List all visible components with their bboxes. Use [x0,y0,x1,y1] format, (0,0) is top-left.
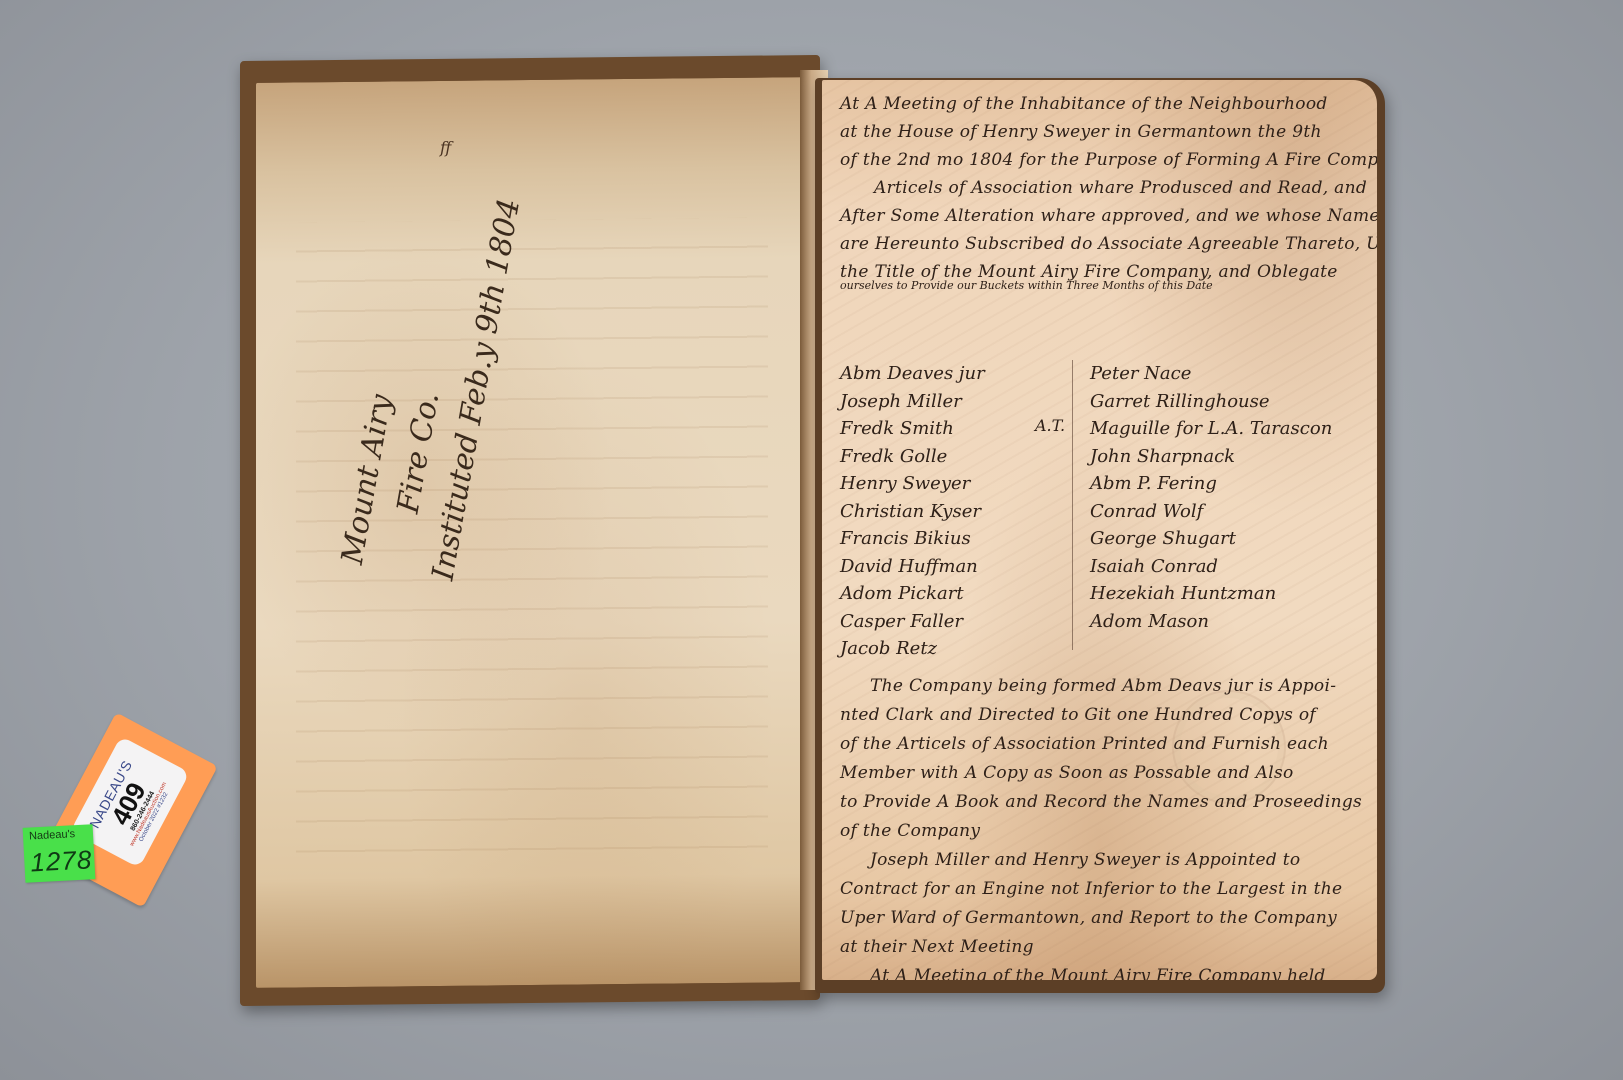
manuscript-line: of the 2nd mo 1804 for the Purpose of Fo… [840,146,1369,174]
signatory-name: Christian Kyser [840,498,985,526]
signatory-name: John Sharpnack [1090,443,1332,471]
signatory-name: Adom Pickart [840,580,985,608]
manuscript-line: to Provide A Book and Record the Names a… [840,788,1377,817]
manuscript-line: After Some Alteration whare approved, an… [840,202,1369,230]
signatory-name: Garret Rillinghouse [1090,388,1332,416]
manuscript-line: Contract for an Engine not Inferior to t… [840,875,1377,904]
right-manuscript-page: At A Meeting of the Inhabitance of the N… [822,80,1377,980]
manuscript-line: Member with A Copy as Soon as Possable a… [840,759,1377,788]
manuscript-line: At A Meeting of the Inhabitance of the N… [840,90,1369,118]
inventory-tag: Nadeau's 1278 [23,824,96,883]
inventory-number: 1278 [30,844,93,878]
corner-mark: ff [440,138,451,157]
names-column-right: Peter Nace Garret Rillinghouse Maguille … [1090,360,1332,635]
open-book: ff Mount Airy Fire Co. Instituted Feb.y … [0,0,1623,1080]
signatory-name: Joseph Miller [840,388,985,416]
signatory-name: Fredk Smith [840,415,985,443]
meeting-header: At A Meeting of the Inhabitance of the N… [840,90,1369,292]
manuscript-line: Uper Ward of Germantown, and Report to t… [840,904,1377,933]
signatories: Abm Deaves jur Joseph Miller Fredk Smith… [840,360,1360,660]
signatory-name: Abm P. Fering [1090,470,1332,498]
manuscript-line: nted Clark and Directed to Git one Hundr… [840,701,1377,730]
manuscript-line: of the Company [840,817,1377,846]
signatory-name: Adom Mason [1090,608,1332,636]
signatory-name: Fredk Golle [840,443,985,471]
manuscript-line: of the Articels of Association Printed a… [840,730,1377,759]
margin-mark: A.T. [1035,416,1065,435]
column-divider [1072,360,1073,650]
manuscript-line: Articels of Association whare Produsced … [840,174,1369,202]
signatory-name: Conrad Wolf [1090,498,1332,526]
manuscript-line: At A Meeting of the Mount Airy Fire Comp… [840,962,1377,980]
names-column-left: Abm Deaves jur Joseph Miller Fredk Smith… [840,360,985,663]
signatory-name: Abm Deaves jur [840,360,985,388]
manuscript-line: Joseph Miller and Henry Sweyer is Appoin… [840,846,1377,875]
signatory-name: George Shugart [1090,525,1332,553]
signatory-name: David Huffman [840,553,985,581]
manuscript-line: at the House of Henry Sweyer in Germanto… [840,118,1369,146]
manuscript-line: The Company being formed Abm Deavs jur i… [840,672,1377,701]
signatory-name: Francis Bikius [840,525,985,553]
manuscript-line: at their Next Meeting [840,933,1377,962]
signatory-name: Isaiah Conrad [1090,553,1332,581]
signatory-name: Jacob Retz [840,635,985,663]
signatory-name: Henry Sweyer [840,470,985,498]
signatory-name: Hezekiah Huntzman [1090,580,1332,608]
inventory-brand: Nadeau's [29,828,76,842]
signatory-name: Maguille for L.A. Tarascon [1090,415,1332,443]
signatory-name: Casper Faller [840,608,985,636]
manuscript-line: are Hereunto Subscribed do Associate Agr… [840,230,1369,258]
meeting-minutes-body: The Company being formed Abm Deavs jur i… [840,672,1377,980]
signatory-name: Peter Nace [1090,360,1332,388]
